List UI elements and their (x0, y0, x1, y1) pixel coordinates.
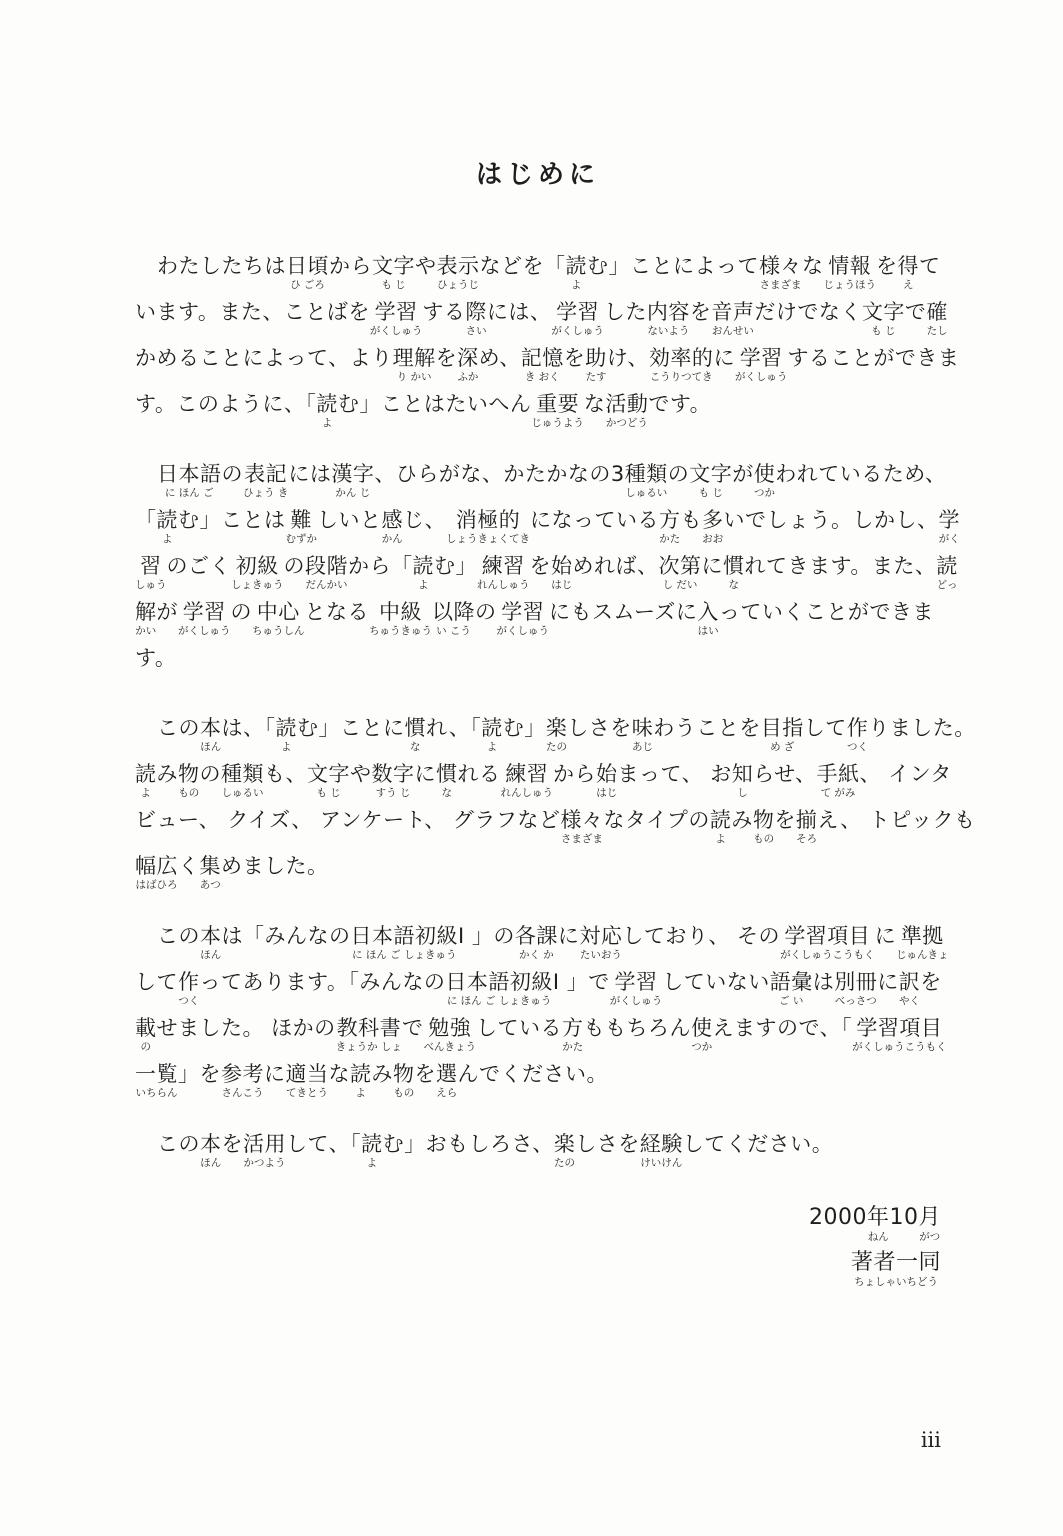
text-run: の (231, 598, 253, 626)
furigana: たいおう (579, 950, 622, 961)
text-run: 方かた (562, 1014, 584, 1053)
text-line: 幅広はばひろく集あつめました。 (135, 852, 941, 898)
text-run: を (564, 344, 586, 372)
furigana: すう じ (372, 788, 415, 799)
text-run: み (157, 760, 179, 788)
text-run: から (553, 760, 596, 788)
page-number: iii (921, 1428, 941, 1452)
text-run: 日頃ひ ごろ (286, 252, 329, 291)
furigana: そろ (796, 834, 818, 845)
text-run: わうことを (653, 714, 761, 742)
furigana: はじ (551, 580, 573, 591)
furigana: おお (702, 534, 724, 545)
furigana: よ (566, 280, 588, 291)
furigana: れんしゅう (501, 788, 554, 799)
text-run: 学習がくしゅう (551, 298, 604, 337)
text-run: この (157, 922, 200, 950)
text-run: で (402, 1014, 424, 1042)
text-run: ビュー、 クイズ、 アンケート、 グラフなど (135, 806, 560, 834)
furigana: の (135, 1042, 157, 1053)
furigana: たし (926, 326, 948, 337)
text-run: しさを (575, 1130, 640, 1158)
text-run: Ⅰ 」で (553, 968, 610, 996)
text-run: 物もの (753, 806, 775, 845)
text-run: 学習がくしゅう (735, 344, 788, 383)
paragraph: この本ほんを活用かつようして、「読よむ」おもしろさ、楽たのしさを経験けいけんして… (135, 1130, 941, 1176)
text-line: 日本語に ほん ごの表記ひょう きには漢字かん じ、ひらがな、かたかなの3種類し… (135, 460, 941, 506)
text-run: 学習項目がくしゅうこうもく (780, 922, 875, 961)
signoff-author: 著者一同ちょしゃいちどう (135, 1249, 941, 1294)
text-run: 初級しょきゅう (231, 552, 284, 591)
text-run: この (157, 714, 200, 742)
furigana: がくしゅうこうもく (780, 950, 875, 961)
text-run: することができま (787, 344, 959, 372)
text-run: 表記ひょう き (243, 460, 288, 499)
text-run: には、 (487, 298, 552, 326)
furigana: かた (562, 1042, 584, 1053)
furigana: れんしゅう (477, 580, 530, 591)
text-run: 読よ (350, 1060, 372, 1099)
text-run: む」ことは (178, 506, 286, 534)
text-run: 選えら (436, 1060, 458, 1099)
text-line: この本ほんは、「読よむ」ことに慣なれ、「読よむ」楽たのしさを味あじわうことを目指… (135, 714, 941, 760)
furigana: ひ ごろ (286, 280, 329, 291)
furigana: しゅう (135, 580, 167, 591)
furigana: がくしゅうこうもく (852, 1042, 947, 1053)
text-run: 文字も じ (307, 760, 350, 799)
text-run: 記憶き おく (521, 344, 564, 383)
text-line: して作つくってあります。「みんなの日本語初級に ほん ご しょきゅう Ⅰ 」で学… (135, 968, 941, 1014)
furigana: め ざ (761, 742, 804, 753)
furigana: り かい (393, 372, 436, 383)
text-run: 慣な (723, 552, 745, 591)
text-run: も (681, 506, 703, 534)
furigana: がくしゅう (610, 996, 663, 1007)
furigana: よ (361, 1158, 383, 1169)
text-run: を (415, 1060, 437, 1088)
text-run: から (329, 252, 372, 280)
furigana: じゅうよう (531, 418, 584, 429)
text-run: 作つく (178, 968, 200, 1007)
text-run: け、 (607, 344, 649, 372)
furigana: かん じ (331, 488, 374, 499)
text-run: めました。 (221, 852, 329, 880)
text-run: 楽たの (546, 714, 568, 753)
furigana: し だい (659, 580, 702, 591)
text-run: 文字も じ (372, 252, 415, 291)
text-run: している (476, 1014, 562, 1042)
text-run: 種類しゅるい (625, 460, 668, 499)
text-line: 「読よむ」ことは難むずかしいと感かんじ、消極的しょうきょくてきになっている方かた… (135, 506, 941, 552)
text-run: 、ひらがな、かたかなの3 (374, 460, 624, 488)
furigana: あつ (200, 880, 222, 891)
text-run: に (713, 344, 735, 372)
text-run: まって、 お (618, 760, 732, 788)
text-run: 味あじ (632, 714, 654, 753)
text-run: む」 (434, 552, 477, 580)
text-run: 効率的こうりつてき (649, 344, 714, 383)
furigana: がくしゅう (497, 626, 550, 637)
furigana: たす (585, 372, 607, 383)
text-run: 数字すう じ (372, 760, 415, 799)
text-run: れてきます。また、 (745, 552, 937, 580)
text-run: む」ことはたいへん (338, 390, 532, 418)
text-run: に (558, 922, 580, 950)
text-run: 学習がくしゅう (178, 598, 231, 637)
furigana: つく (847, 742, 869, 753)
text-run: 載の (135, 1014, 157, 1053)
text-run: 勉強べんきょう (424, 1014, 477, 1053)
signoff-block: 2000年ねん10月がつ 著者一同ちょしゃいちどう (135, 1204, 941, 1294)
text-run: 物もの (178, 760, 200, 799)
text-run: などを「 (480, 252, 566, 280)
furigana: がくしゅう (735, 372, 788, 383)
text-run: この (157, 1130, 200, 1158)
text-line: この本ほんは「みんなの日本語初級に ほん ご しょきゅう Ⅰ 」の各課かく かに… (135, 922, 941, 968)
text-run: 使つか (691, 1014, 713, 1053)
text-run: かめることによって、より (135, 344, 393, 372)
text-run: 幅広はばひろ (135, 852, 178, 891)
furigana: も じ (307, 788, 350, 799)
furigana: たの (554, 1158, 576, 1169)
text-run: を (436, 344, 458, 372)
text-run: を (920, 968, 942, 996)
text-run: のごく (167, 552, 232, 580)
text-run: 表示ひょうじ (437, 252, 480, 291)
furigana: ふか (457, 372, 479, 383)
furigana: がつ (918, 1232, 941, 1243)
furigana: つく (178, 996, 200, 1007)
text-run: 参考さんこう (221, 1060, 264, 1099)
text-run: 本ほん (200, 714, 222, 753)
text-run: れ、「 (426, 714, 481, 742)
furigana: さんこう (221, 1088, 264, 1099)
text-run: 際さい (465, 298, 487, 337)
text-run: む」おもしろさ、 (383, 1130, 554, 1158)
text-run: から「 (348, 552, 413, 580)
text-run: 揃そろ (796, 806, 818, 845)
text-run: 読よ (566, 252, 588, 291)
text-run: 学習がくしゅう (497, 598, 550, 637)
furigana: ほん (200, 950, 222, 961)
furigana: し (732, 788, 754, 799)
text-run: えますので、「 (713, 1014, 853, 1042)
text-run: や (350, 760, 372, 788)
furigana: き おく (521, 372, 564, 383)
text-run: て (919, 252, 941, 280)
furigana: じゅんきょ (896, 950, 949, 961)
text-run: 中心ちゅうしん (252, 598, 305, 637)
text-run: 読よ (710, 806, 732, 845)
furigana: あじ (632, 742, 654, 753)
text-run: らせ、 (753, 760, 816, 788)
text-run: 理解り かい (393, 344, 436, 383)
text-run: する (422, 298, 465, 326)
text-run: を (222, 1130, 244, 1158)
text-run: 「 (135, 506, 157, 534)
text-run: には (288, 460, 331, 488)
furigana: はばひろ (135, 880, 178, 891)
text-run: わたしたちは (157, 252, 286, 280)
text-run: は、「 (222, 714, 276, 742)
furigana: に ほん ご しょきゅう (445, 996, 553, 1007)
furigana: べっさつ (834, 996, 877, 1007)
text-run: 学がく (939, 506, 961, 545)
furigana: えら (436, 1088, 458, 1099)
furigana: ほん (200, 742, 222, 753)
text-run: していない (662, 968, 770, 996)
text-run: 読よ (157, 506, 179, 545)
text-run: っていくことができま (719, 598, 934, 626)
text-run: に (415, 760, 437, 788)
text-run: 知し (732, 760, 754, 799)
furigana: どっ (936, 580, 958, 591)
text-run: 年ねん (867, 1204, 890, 1243)
text-run: 種類しゅるい (221, 760, 264, 799)
document-page: はじめに わたしたちは日頃ひ ごろから文字も じや表示ひょうじなどを「読よむ」こ… (0, 0, 1063, 1536)
text-run: 読よ (135, 760, 157, 799)
text-run: して (135, 968, 178, 996)
furigana: がくしゅう (370, 326, 423, 337)
furigana: ちゅうしん (252, 626, 305, 637)
text-run: を (530, 552, 552, 580)
furigana: よ (481, 742, 503, 753)
text-run: 文字も じ (862, 298, 905, 337)
text-run: いでしょう。しかし、 (724, 506, 939, 534)
text-run: な (329, 1060, 351, 1088)
text-run: 楽たの (554, 1130, 576, 1169)
furigana: ちょしゃいちどう (851, 1277, 941, 1288)
text-run: 読よ (413, 552, 435, 591)
text-run: む」 (503, 714, 546, 742)
furigana: しゅるい (221, 788, 264, 799)
text-run: の (200, 760, 222, 788)
text-line: 読よみ物ものの種類しゅるいも、文字も じや数字すう じに慣なれる練習れんしゅうか… (135, 760, 941, 806)
furigana: こうりつてき (649, 372, 714, 383)
text-run: ってあります。「みんなの (200, 968, 446, 996)
text-run: 月がつ (918, 1204, 941, 1243)
text-run: 学習項目がくしゅうこうもく (852, 1014, 947, 1053)
furigana: ないよう (647, 326, 690, 337)
furigana: はじ (596, 788, 618, 799)
text-run: 重要じゅうよう (531, 390, 584, 429)
text-run: に (702, 552, 724, 580)
text-run: 本ほん (200, 922, 222, 961)
furigana: て がみ (817, 788, 860, 799)
furigana: かつどう (605, 418, 648, 429)
text-run: な (584, 390, 606, 418)
text-line: わたしたちは日頃ひ ごろから文字も じや表示ひょうじなどを「読よむ」ことによって… (135, 252, 941, 298)
text-run: 確たし (926, 298, 948, 337)
furigana: だんかい (305, 580, 348, 591)
text-run: 10 (889, 1204, 918, 1232)
furigana: よ (710, 834, 732, 845)
furigana: がく (939, 534, 961, 545)
text-run: が (157, 598, 179, 626)
text-run: 中級ちゅうきゅう (369, 598, 432, 637)
furigana: さい (465, 326, 487, 337)
furigana: たの (546, 742, 568, 753)
text-run: 始はじ (596, 760, 618, 799)
text-run: 」を (178, 1060, 221, 1088)
furigana: かく か (515, 950, 558, 961)
text-run: 様々さまざま (759, 252, 802, 291)
document-body: わたしたちは日頃ひ ごろから文字も じや表示ひょうじなどを「読よむ」ことによって… (135, 252, 941, 1176)
furigana: な (405, 742, 427, 753)
text-run: を (774, 806, 796, 834)
text-run: 次第し だい (659, 552, 702, 591)
text-run: く (178, 852, 200, 880)
text-run: 一覧いちらん (135, 1060, 178, 1099)
text-run: 本ほん (200, 1130, 222, 1169)
text-run: 学習がくしゅう (610, 968, 663, 1007)
furigana: じょうほう (824, 280, 877, 291)
text-run: 読よ (276, 714, 298, 753)
text-run: して、「 (286, 1130, 361, 1158)
document-content: はじめに わたしたちは日頃ひ ごろから文字も じや表示ひょうじなどを「読よむ」こ… (135, 0, 941, 1294)
furigana: よ (276, 742, 298, 753)
furigana: おんせい (711, 326, 754, 337)
furigana: かい (135, 626, 157, 637)
text-run: は「みんなの (222, 922, 351, 950)
text-run: にもスムーズに (549, 598, 697, 626)
text-line: 一覧いちらん」を参考さんこうに適当てきとうな読よみ物ものを選えらんでください。 (135, 1060, 941, 1106)
text-run: 習しゅう (135, 552, 167, 591)
furigana: も じ (862, 326, 905, 337)
text-line: 解かいが学習がくしゅうの中心ちゅうしんとなる中級ちゅうきゅう以降い こうの学習が… (135, 598, 941, 644)
text-run: せました。 ほかの (157, 1014, 336, 1042)
text-run: 解かい (135, 598, 157, 637)
furigana: い こう (432, 626, 475, 637)
furigana: てきとう (286, 1088, 329, 1099)
text-run: りました。 (868, 714, 976, 742)
text-run: 助たす (585, 344, 607, 383)
text-line: 習しゅうのごく初級しょきゅうの段階だんかいから「読よむ」練習れんしゅうを始はじめ… (135, 552, 941, 598)
furigana: むずか (286, 534, 318, 545)
furigana: しゅるい (625, 488, 668, 499)
text-run: 多おお (702, 506, 724, 545)
text-run: 訳やく (899, 968, 921, 1007)
text-run: 練習れんしゅう (501, 760, 554, 799)
furigana: よ (135, 788, 157, 799)
text-run: 始はじ (551, 552, 573, 591)
text-run: で (905, 298, 927, 326)
text-run: 慣な (436, 760, 458, 799)
text-run: 読よ (316, 390, 338, 429)
furigana: がくしゅう (551, 326, 604, 337)
text-run: しいと (317, 506, 382, 534)
text-run: み (372, 1060, 394, 1088)
furigana: いちらん (135, 1088, 178, 1099)
text-run: の (475, 598, 497, 626)
text-run: 別冊べっさつ (834, 968, 877, 1007)
text-run: めれば、 (573, 552, 659, 580)
text-run: を (876, 252, 898, 280)
furigana: きょうか しょ (336, 1042, 402, 1053)
furigana: よ (316, 418, 338, 429)
furigana: けいけん (640, 1158, 683, 1169)
furigana: さまざま (560, 834, 603, 845)
text-run: 適当てきとう (286, 1060, 329, 1099)
text-run: す。 (135, 644, 176, 672)
text-run: 2000 (809, 1204, 867, 1232)
text-run: 感かん (382, 506, 404, 545)
text-line: す。このように、「読よむ」ことはたいへん重要じゅうような活動かつどうです。 (135, 390, 941, 436)
text-run: んでください。 (458, 1060, 609, 1088)
text-run: しており、 その (622, 922, 780, 950)
page-title: はじめに (135, 158, 941, 192)
text-run: 慣な (405, 714, 427, 753)
furigana: さまざま (759, 280, 802, 291)
furigana: に ほん ご しょきゅう (351, 950, 459, 961)
text-run: 方かた (659, 506, 681, 545)
text-run: 日本語初級に ほん ご しょきゅう (445, 968, 553, 1007)
text-run: 内容ないよう (647, 298, 690, 337)
furigana: もの (753, 834, 775, 845)
text-run: 著者一同ちょしゃいちどう (851, 1249, 941, 1288)
text-run: ももちろん (584, 1014, 692, 1042)
signoff-date: 2000年ねん10月がつ (135, 1204, 941, 1249)
text-run: め、 (479, 344, 521, 372)
furigana: ちゅうきゅう (369, 626, 432, 637)
text-run: 使つか (754, 460, 776, 499)
text-run: います。また、ことばを (135, 298, 370, 326)
furigana: つか (754, 488, 776, 499)
text-run: 日本語初級に ほん ご しょきゅう (351, 922, 459, 961)
text-run: 活動かつどう (605, 390, 648, 429)
text-line: この本ほんを活用かつようして、「読よむ」おもしろさ、楽たのしさを経験けいけんして… (135, 1130, 941, 1176)
text-run: 文字も じ (689, 460, 732, 499)
furigana: がくしゅう (178, 626, 231, 637)
text-run: に (264, 1060, 286, 1088)
text-run: 情報じょうほう (824, 252, 877, 291)
furigana: に ほん ご (157, 488, 222, 499)
text-run: われているため、 (775, 460, 946, 488)
text-run: 得え (898, 252, 920, 291)
text-run: 様々さまざま (560, 806, 603, 845)
text-run: や (415, 252, 437, 280)
furigana: ひょう き (243, 488, 288, 499)
text-run: に (877, 968, 899, 996)
furigana: よ (157, 534, 179, 545)
text-run: なタイプの (603, 806, 709, 834)
text-run: Ⅰ 」の (458, 922, 515, 950)
text-run: す。このように、「 (135, 390, 316, 418)
text-run: だけでなく (754, 298, 862, 326)
text-run: 作つく (847, 714, 869, 753)
text-run: は (813, 968, 835, 996)
text-run: 語彙ご い (770, 968, 813, 1007)
furigana: ご い (770, 996, 813, 1007)
text-run: じ、 (403, 506, 446, 534)
furigana: な (723, 580, 745, 591)
text-run: 物もの (393, 1060, 415, 1099)
text-run: 経験けいけん (640, 1130, 683, 1169)
text-line: す。 (135, 644, 941, 690)
furigana: よ (350, 1088, 372, 1099)
text-run: に (875, 922, 897, 950)
text-run: 読どっ (936, 552, 958, 591)
text-line: ビュー、 クイズ、 アンケート、 グラフなど様々さまざまなタイプの読よみ物ものを… (135, 806, 941, 852)
text-run: も、 (264, 760, 307, 788)
furigana: な (436, 788, 458, 799)
furigana: もの (178, 788, 200, 799)
text-run: 、 インタ (860, 760, 952, 788)
furigana: つか (691, 1042, 713, 1053)
text-run: 集あつ (200, 852, 222, 891)
text-run: み (731, 806, 753, 834)
text-run: した (604, 298, 647, 326)
